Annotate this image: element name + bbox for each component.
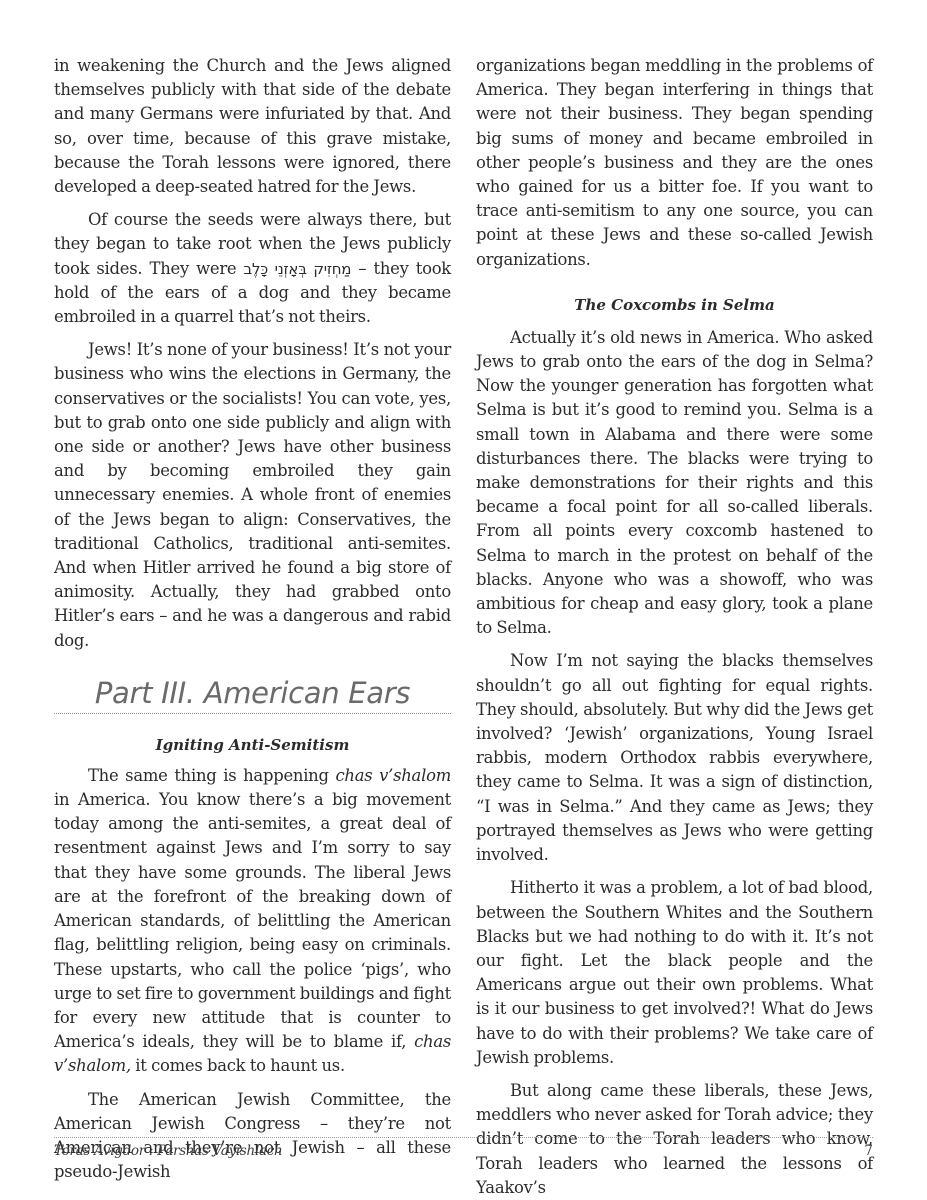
left-column: in weakening the Church and the Jews ali… — [54, 54, 451, 1184]
running-footer-title: Toras Avigdor : Parshas Vayishlach — [54, 1141, 282, 1161]
paragraph: Actually it’s old news in America. Who a… — [476, 326, 873, 641]
paragraph: Of course the seeds were always there, b… — [54, 208, 451, 329]
paragraph: Now I’m not saying the blacks themselves… — [476, 649, 873, 867]
italic-term: chas v’shalom — [335, 766, 451, 785]
document-page: in weakening the Church and the Jews ali… — [0, 0, 927, 1200]
section-heading: The Coxcombs in Selma — [476, 294, 873, 316]
paragraph: in weakening the Church and the Jews ali… — [54, 54, 451, 199]
part-title: Part III. American Ears — [54, 675, 451, 711]
footer-divider — [54, 1137, 873, 1138]
paragraph: The American Jewish Committee, the Ameri… — [54, 1088, 451, 1185]
paragraph: Jews! It’s none of your business! It’s n… — [54, 338, 451, 653]
section-heading: Igniting Anti-Semitism — [54, 734, 451, 756]
paragraph-text: The same thing is happening — [88, 766, 335, 785]
right-column: organizations began meddling in the prob… — [476, 54, 873, 1200]
hebrew-quote: מַחְזִיק בְּאָזְנֵי כָּלֶב — [244, 260, 352, 278]
paragraph: Hitherto it was a problem, a lot of bad … — [476, 876, 873, 1070]
paragraph: But along came these liberals, these Jew… — [476, 1079, 873, 1200]
paragraph-text: in America. You know there’s a big movem… — [54, 790, 451, 1051]
page-number: 7 — [864, 1141, 873, 1161]
paragraph: organizations began meddling in the prob… — [476, 54, 873, 272]
part-divider — [54, 713, 451, 714]
paragraph: The same thing is happening chas v’shalo… — [54, 764, 451, 1079]
paragraph-text: it comes back to haunt us. — [131, 1056, 345, 1075]
